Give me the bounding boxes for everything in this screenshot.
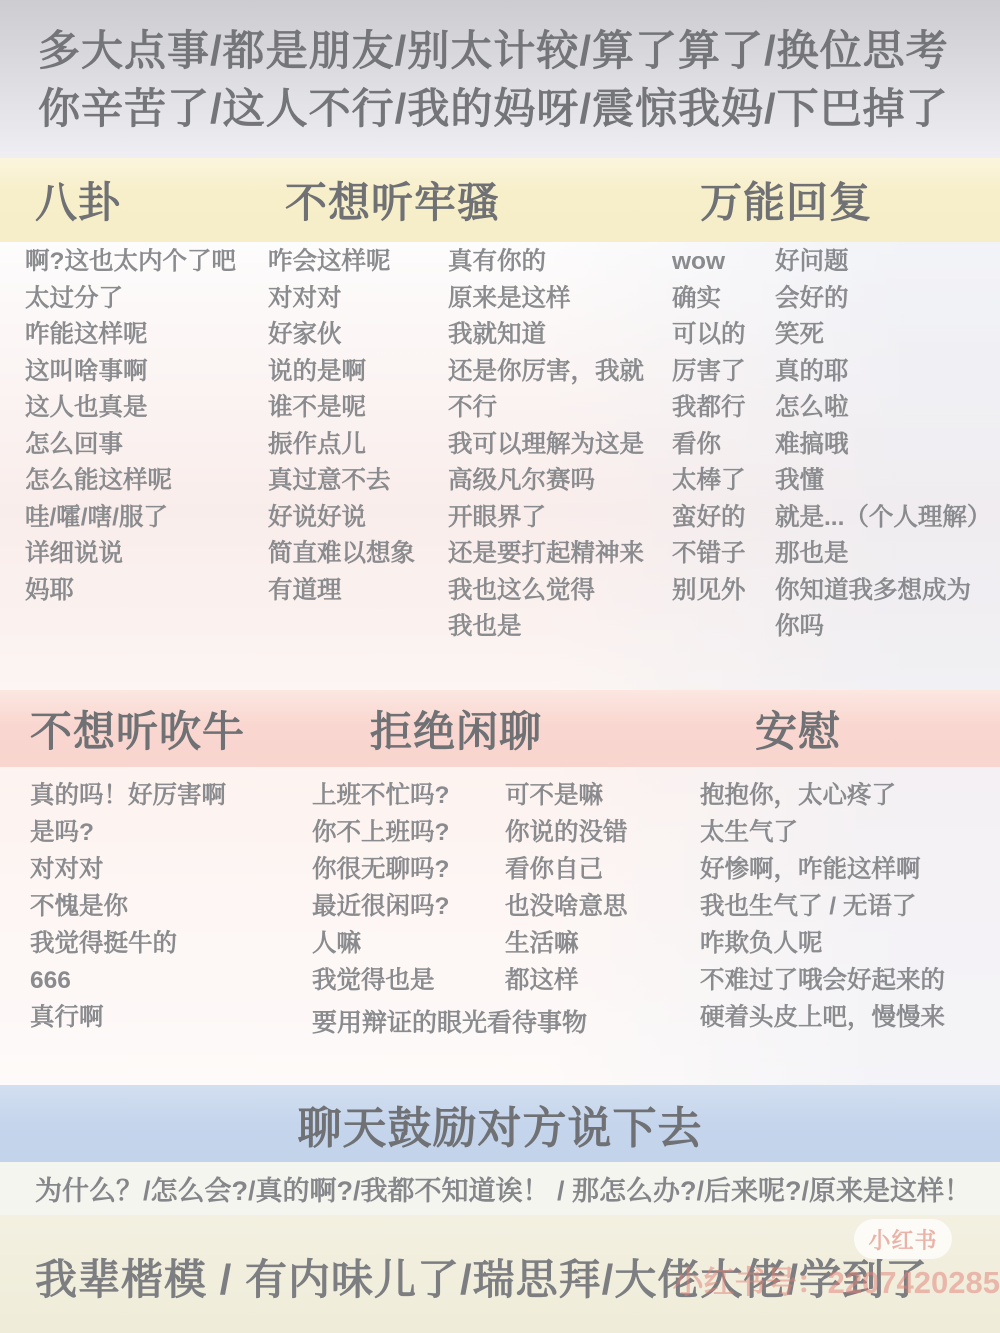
phrase-line: 抱抱你，太心疼了 xyxy=(700,777,945,814)
complaints-phrase-column-2: 真有你的原来是这样我就知道还是你厉害，我就不行我可以理解为这是高级凡尔赛吗开眼界… xyxy=(448,244,644,646)
phrase-line: 好惨啊，咋能这样啊 xyxy=(700,851,945,888)
phrase-line: 真过意不去 xyxy=(268,463,415,500)
phrase-line: 那也是 xyxy=(775,536,991,573)
phrase-line: 我可以理解为这是 xyxy=(448,427,644,464)
phrase-line: 最近很闲吗? xyxy=(312,888,449,925)
phrase-line: 可以的 xyxy=(672,317,746,354)
phrase-line: 我觉得挺牛的 xyxy=(30,925,226,962)
phrase-line: 我就知道 xyxy=(448,317,644,354)
phrase-line: 太生气了 xyxy=(700,814,945,851)
phrase-line: 简直难以想象 xyxy=(268,536,415,573)
phrase-line: 都这样 xyxy=(505,962,628,999)
banner-line-2: 你辛苦了/这人不行/我的妈呀/震惊我妈/下巴掉了 xyxy=(38,76,949,136)
phrase-line: 对对对 xyxy=(30,851,226,888)
header-no-complaints: 不想听牢骚 xyxy=(285,170,500,230)
phrase-line: 会好的 xyxy=(775,281,991,318)
gossip-phrase-column: 啊?这也太内个了吧太过分了咋能这样呢这叫啥事啊这人也真是怎么回事怎么能这样呢哇/… xyxy=(25,244,236,609)
complaints-phrase-column-1: 咋会这样呢对对对好家伙说的是啊谁不是呢振作点儿真过意不去好说好说简直难以想象有道… xyxy=(268,244,415,609)
phrase-line: 生活嘛 xyxy=(505,925,628,962)
pink-section-content: 真的吗！好厉害啊是吗?对对对不愧是你我觉得挺牛的666真行啊 上班不忙吗?你不上… xyxy=(0,767,1000,1085)
phrase-line: 硬着头皮上吧，慢慢来 xyxy=(700,999,945,1036)
phrase-line: 上班不忙吗? xyxy=(312,777,449,814)
phrase-line: 开眼界了 xyxy=(448,500,644,537)
phrase-line: 还是要打起精神来 xyxy=(448,536,644,573)
top-banner: 多大点事/都是朋友/别太计较/算了算了/换位思考 你辛苦了/这人不行/我的妈呀/… xyxy=(0,0,1000,158)
phrase-line: 高级凡尔赛吗 xyxy=(448,463,644,500)
phrase-line: 666 xyxy=(30,962,226,999)
phrase-line: 也没啥意思 xyxy=(505,888,628,925)
universal-phrase-column-1: wow确实可以的厉害了我都行看你太棒了蛮好的不错子别见外 xyxy=(672,244,746,609)
phrase-line: 就是...（个人理解） xyxy=(775,500,991,537)
phrase-line: 我懂 xyxy=(775,463,991,500)
phrase-line: 对对对 xyxy=(268,281,415,318)
smalltalk-phrase-column-1: 上班不忙吗?你不上班吗?你很无聊吗?最近很闲吗?人嘛我觉得也是 xyxy=(312,777,449,999)
phrase-line: 真行啊 xyxy=(30,999,226,1036)
universal-phrase-column-2: 好问题会好的笑死真的耶怎么啦难搞哦我懂就是...（个人理解）那也是你知道我多想成… xyxy=(775,244,991,646)
phrase-line: 真有你的 xyxy=(448,244,644,281)
phrase-line: 厉害了 xyxy=(672,354,746,391)
phrase-line: 真的耶 xyxy=(775,354,991,391)
phrase-line: 太棒了 xyxy=(672,463,746,500)
phrase-line: 谁不是呢 xyxy=(268,390,415,427)
phrase-line: 哇/嚯/嗐/服了 xyxy=(25,500,236,537)
phrase-line: 你说的没错 xyxy=(505,814,628,851)
yellow-section-content: 啊?这也太内个了吧太过分了咋能这样呢这叫啥事啊这人也真是怎么回事怎么能这样呢哇/… xyxy=(0,242,1000,690)
encourage-phrase-row: 为什么？/怎么会?/真的啊?/我都不知道诶！ / 那怎么办?/后来呢?/原来是这… xyxy=(0,1162,1000,1215)
phrase-line: 你不上班吗? xyxy=(312,814,449,851)
phrase-line: 别见外 xyxy=(672,573,746,610)
phrase-line: 看你 xyxy=(672,427,746,464)
phrase-line: 说的是啊 xyxy=(268,354,415,391)
header-encourage-talking: 聊天鼓励对方说下去 xyxy=(0,1092,1000,1156)
phrase-line: 咋欺负人呢 xyxy=(700,925,945,962)
smalltalk-footer-phrase: 要用辩证的眼光看待事物 xyxy=(312,1005,587,1042)
phrase-line: 原来是这样 xyxy=(448,281,644,318)
phrase-line: 怎么啦 xyxy=(775,390,991,427)
phrase-line: 咋能这样呢 xyxy=(25,317,236,354)
xiaohongshu-watermark-id: 小红书号：2207420285 xyxy=(673,1257,1000,1302)
phrase-cheatsheet-page: 多大点事/都是朋友/别太计较/算了算了/换位思考 你辛苦了/这人不行/我的妈呀/… xyxy=(0,0,1000,1333)
phrase-line: 真的吗！好厉害啊 xyxy=(30,777,226,814)
phrase-line: 我也生气了 / 无语了 xyxy=(700,888,945,925)
phrase-line: 是吗? xyxy=(30,814,226,851)
phrase-line: 人嘛 xyxy=(312,925,449,962)
header-comfort: 安慰 xyxy=(755,699,841,759)
phrase-line: 看你自己 xyxy=(505,851,628,888)
pink-header-strip: 不想听吹牛 拒绝闲聊 安慰 xyxy=(0,690,1000,767)
phrase-line: 我都行 xyxy=(672,390,746,427)
phrase-line: 不错子 xyxy=(672,536,746,573)
phrase-line: 你吗 xyxy=(775,609,991,646)
blue-header-strip: 聊天鼓励对方说下去 xyxy=(0,1085,1000,1162)
phrase-line: 这叫啥事啊 xyxy=(25,354,236,391)
phrase-line: 蛮好的 xyxy=(672,500,746,537)
phrase-line: 可不是嘛 xyxy=(505,777,628,814)
header-no-bragging: 不想听吹牛 xyxy=(30,699,245,759)
xiaohongshu-watermark-badge: 小红书 xyxy=(854,1219,952,1259)
phrase-line: 我也是 xyxy=(448,609,644,646)
phrase-line: 笑死 xyxy=(775,317,991,354)
comfort-phrase-column: 抱抱你，太心疼了太生气了好惨啊，咋能这样啊我也生气了 / 无语了咋欺负人呢不难过… xyxy=(700,777,945,1036)
phrase-line: 妈耶 xyxy=(25,573,236,610)
phrase-line: 不行 xyxy=(448,390,644,427)
phrase-line: 你知道我多想成为 xyxy=(775,573,991,610)
phrase-line: 咋会这样呢 xyxy=(268,244,415,281)
header-refuse-smalltalk: 拒绝闲聊 xyxy=(370,699,542,759)
phrase-line: 你很无聊吗? xyxy=(312,851,449,888)
smalltalk-phrase-column-2: 可不是嘛你说的没错看你自己也没啥意思生活嘛都这样 xyxy=(505,777,628,999)
header-universal-reply: 万能回复 xyxy=(700,170,872,230)
phrase-line: 怎么能这样呢 xyxy=(25,463,236,500)
phrase-line: 振作点儿 xyxy=(268,427,415,464)
phrase-line: 我也这么觉得 xyxy=(448,573,644,610)
bottom-band: 我辈楷模 / 有内味儿了/瑞思拜/大佬大佬/学到了 小红书 小红书号：22074… xyxy=(0,1215,1000,1333)
phrase-line: 不难过了哦会好起来的 xyxy=(700,962,945,999)
phrase-line: 有道理 xyxy=(268,573,415,610)
phrase-line: 好问题 xyxy=(775,244,991,281)
header-gossip: 八卦 xyxy=(35,170,121,230)
phrase-line: 确实 xyxy=(672,281,746,318)
phrase-line: 难搞哦 xyxy=(775,427,991,464)
yellow-header-strip: 八卦 不想听牢骚 万能回复 xyxy=(0,158,1000,242)
phrase-line: 好说好说 xyxy=(268,500,415,537)
phrase-line: 怎么回事 xyxy=(25,427,236,464)
banner-line-1: 多大点事/都是朋友/别太计较/算了算了/换位思考 xyxy=(38,18,949,78)
phrase-line: 这人也真是 xyxy=(25,390,236,427)
bragging-phrase-column: 真的吗！好厉害啊是吗?对对对不愧是你我觉得挺牛的666真行啊 xyxy=(30,777,226,1036)
phrase-line: 太过分了 xyxy=(25,281,236,318)
encourage-phrases: 为什么？/怎么会?/真的啊?/我都不知道诶！ / 那怎么办?/后来呢?/原来是这… xyxy=(35,1169,971,1208)
phrase-line: 不愧是你 xyxy=(30,888,226,925)
phrase-line: wow xyxy=(672,244,746,281)
phrase-line: 详细说说 xyxy=(25,536,236,573)
phrase-line: 还是你厉害，我就 xyxy=(448,354,644,391)
phrase-line: 好家伙 xyxy=(268,317,415,354)
phrase-line: 我觉得也是 xyxy=(312,962,449,999)
phrase-line: 啊?这也太内个了吧 xyxy=(25,244,236,281)
